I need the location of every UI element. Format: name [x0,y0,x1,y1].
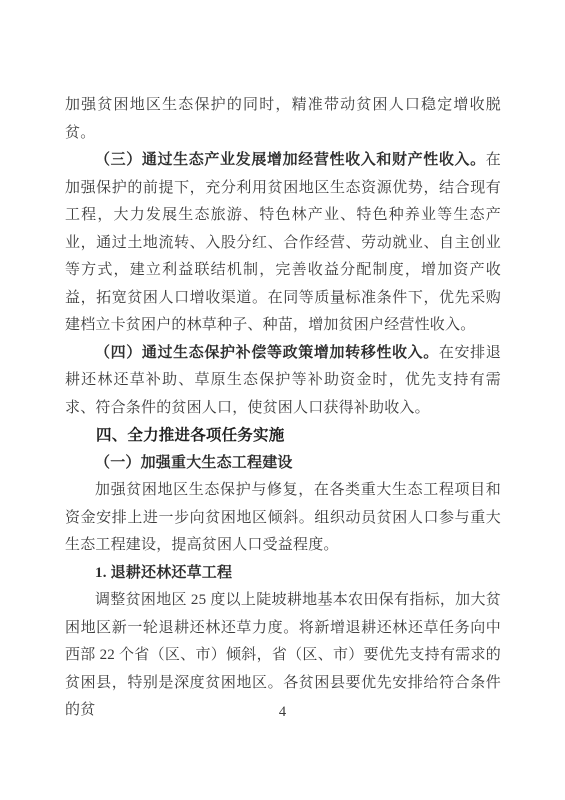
paragraph-lead-bold: （三）通过生态产业发展增加经营性收入和财产性收入。 [95,152,486,168]
document-content: 加强贫困地区生态保护的同时，精准带动贫困人口稳定增收脱贫。 （三）通过生态产业发… [65,92,501,725]
paragraph-body: 加强贫困地区生态保护与修复，在各类重大生态工程项目和资金安排上进一步向贫困地区倾… [65,477,501,560]
paragraph-section-4: （四）通过生态保护补偿等政策增加转移性收入。在安排退耕还林还草补助、草原生态保护… [65,340,501,423]
paragraph-continuation: 加强贫困地区生态保护的同时，精准带动贫困人口稳定增收脱贫。 [65,92,501,147]
paragraph-body-text: 在加强保护的前提下，充分利用贫困地区生态资源优势，结合现有工程，大力发展生态旅游… [65,152,501,333]
section-heading: 四、全力推进各项任务实施 [65,422,501,450]
paragraph-section-3: （三）通过生态产业发展增加经营性收入和财产性收入。在加强保护的前提下，充分利用贫… [65,147,501,340]
document-page: 加强贫困地区生态保护的同时，精准带动贫困人口稳定增收脱贫。 （三）通过生态产业发… [0,0,565,800]
numbered-heading: 1. 退耕还林还草工程 [65,560,501,588]
paragraph-lead-bold: （四）通过生态保护补偿等政策增加转移性收入。 [95,345,439,361]
subsection-heading: （一）加强重大生态工程建设 [65,450,501,478]
page-number: 4 [0,704,565,721]
